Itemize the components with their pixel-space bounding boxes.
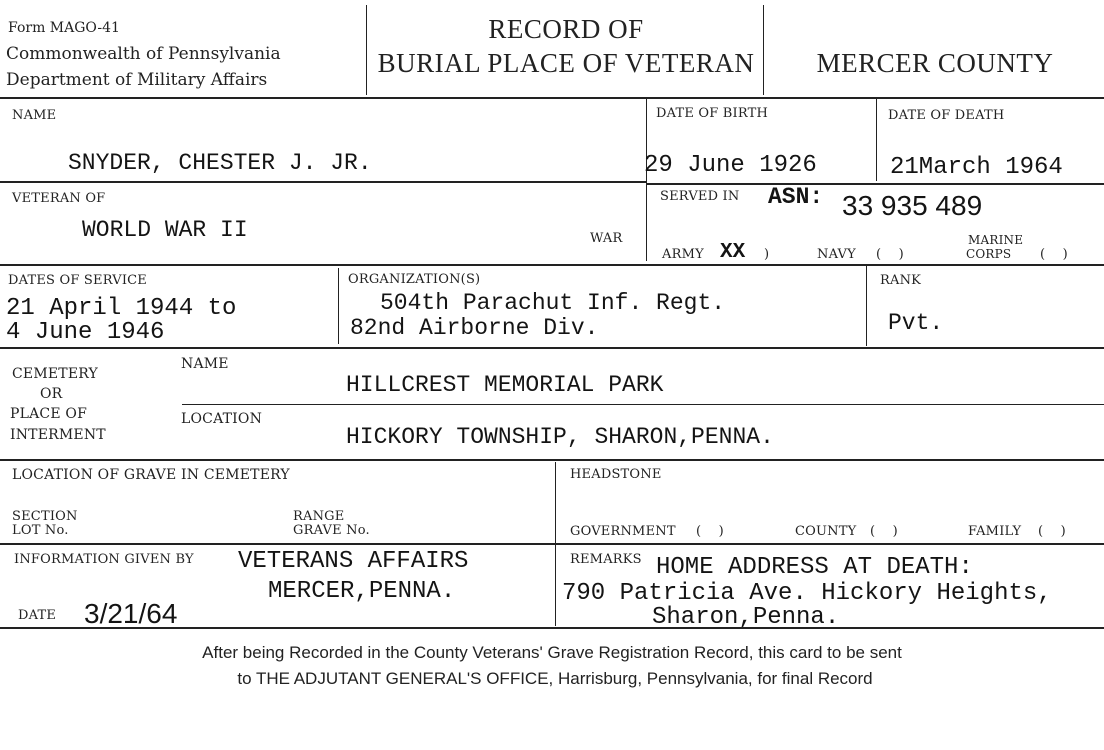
dates-of-service-label: DATES OF SERVICE — [8, 273, 147, 288]
range-label: RANGE — [293, 511, 344, 523]
marine-corps-checkbox[interactable]: ( ) — [1040, 247, 1068, 262]
cemetery-location-value: HICKORY TOWNSHIP, SHARON,PENNA. — [346, 424, 774, 450]
organization-line2: 82nd Airborne Div. — [350, 315, 598, 341]
cemetery-name-label: NAME — [181, 356, 229, 372]
information-given-by-label: INFORMATION GIVEN BY — [14, 552, 194, 567]
remarks-line2: 790 Patricia Ave. Hickory Heights, — [562, 580, 1052, 607]
divider — [366, 5, 367, 95]
divider — [0, 459, 1104, 461]
headstone-family-label: FAMILY — [968, 524, 1021, 539]
divider — [0, 264, 1104, 266]
cemetery-label-line4: INTERMENT — [10, 427, 106, 443]
headstone-government-checkbox[interactable]: ( ) — [696, 524, 724, 539]
navy-label: NAVY — [817, 247, 856, 262]
veteran-of-value: WORLD WAR II — [82, 217, 248, 243]
veteran-name: SNYDER, CHESTER J. JR. — [68, 150, 372, 176]
divider — [338, 268, 339, 344]
asn-label: ASN: — [768, 184, 823, 210]
divider — [0, 181, 646, 183]
war-suffix: WAR — [590, 231, 623, 246]
divider — [555, 546, 556, 626]
county-title: MERCER COUNTY — [766, 46, 1104, 80]
title-line-2: BURIAL PLACE OF VETERAN — [368, 46, 764, 80]
footer-line2: to THE ADJUTANT GENERAL'S OFFICE, Harris… — [0, 666, 1104, 692]
army-checkbox-close: ) — [764, 247, 769, 262]
lot-label: LOT No. — [12, 525, 69, 537]
issuer-line-1: Commonwealth of Pennsylvania — [6, 44, 281, 64]
title-line-1: RECORD OF — [368, 12, 764, 46]
form-title: RECORD OF BURIAL PLACE OF VETERAN — [368, 12, 764, 80]
cemetery-location-label: LOCATION — [181, 411, 262, 427]
divider — [0, 543, 1104, 545]
organizations-label: ORGANIZATION(S) — [348, 272, 480, 287]
organization-line1: 504th Parachut Inf. Regt. — [380, 290, 725, 316]
divider — [763, 5, 764, 95]
form-number: Form MAGO-41 — [8, 20, 120, 36]
footer-instructions: After being Recorded in the County Veter… — [0, 640, 1104, 692]
name-label: NAME — [12, 108, 56, 123]
marine-corps-label-line2: CORPS — [966, 248, 1011, 260]
asn-value: 33 935 489 — [842, 190, 982, 222]
navy-checkbox[interactable]: ( ) — [876, 247, 904, 262]
information-line1: VETERANS AFFAIRS — [238, 548, 468, 575]
dates-of-service-line2: 4 June 1946 — [6, 320, 164, 346]
date-of-birth-label: DATE OF BIRTH — [656, 106, 768, 121]
divider — [182, 404, 1104, 405]
cemetery-name-value: HILLCREST MEMORIAL PARK — [346, 372, 663, 398]
veteran-of-label: VETERAN OF — [12, 191, 105, 206]
served-in-label: SERVED IN — [660, 189, 739, 204]
date-label: DATE — [18, 608, 56, 623]
divider — [0, 627, 1104, 629]
grave-location-label: LOCATION OF GRAVE IN CEMETERY — [12, 467, 290, 483]
divider — [0, 97, 1104, 99]
headstone-county-checkbox[interactable]: ( ) — [870, 524, 898, 539]
army-checkbox-mark[interactable]: XX — [720, 241, 745, 264]
footer-line1: After being Recorded in the County Veter… — [0, 640, 1104, 666]
information-line2: MERCER,PENNA. — [268, 578, 455, 605]
issuer-line-2: Department of Military Affairs — [6, 70, 267, 90]
rank-label: RANK — [880, 273, 921, 288]
rank-value: Pvt. — [888, 310, 943, 336]
divider — [555, 462, 556, 546]
headstone-county-label: COUNTY — [795, 524, 856, 539]
marine-corps-label-line1: MARINE — [968, 234, 1023, 246]
divider — [646, 99, 647, 261]
headstone-label: HEADSTONE — [570, 467, 662, 482]
headstone-family-checkbox[interactable]: ( ) — [1038, 524, 1066, 539]
army-label: ARMY — [662, 247, 704, 262]
cemetery-label-line2: OR — [40, 386, 62, 402]
grave-number-label: GRAVE No. — [293, 525, 370, 537]
date-of-death-label: DATE OF DEATH — [888, 108, 1004, 123]
remarks-label: REMARKS — [570, 552, 642, 567]
divider — [866, 266, 867, 346]
divider — [876, 99, 877, 181]
date-value: 3/21/64 — [84, 598, 177, 630]
date-of-birth-value: 29 June 1926 — [644, 152, 817, 179]
section-label: SECTION — [12, 511, 78, 523]
headstone-government-label: GOVERNMENT — [570, 524, 676, 539]
date-of-death-value: 21March 1964 — [890, 154, 1063, 181]
divider — [0, 347, 1104, 349]
cemetery-label-line3: PLACE OF — [10, 406, 87, 422]
remarks-line1: HOME ADDRESS AT DEATH: — [656, 554, 973, 581]
cemetery-label-line1: CEMETERY — [12, 366, 98, 382]
divider — [646, 183, 1104, 185]
